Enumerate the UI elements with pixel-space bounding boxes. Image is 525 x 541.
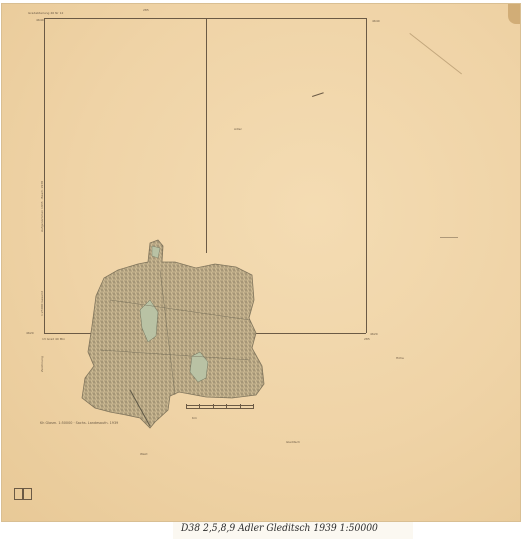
scattered-label-1: Adler [234, 127, 242, 131]
scattered-label-4: Höhe [396, 356, 404, 360]
scale-bar-label: Km [192, 416, 197, 420]
scattered-label-2: Gleditsch [286, 440, 300, 444]
map-bottom-caption: Kh Glasm. 1:50000 · Sachs. Landesaufn. 1… [40, 421, 118, 425]
archive-label: D38 2,5,8,9 Adler Gleditsch 1939 1:50000 [173, 522, 413, 539]
scale-bar [186, 405, 254, 409]
scattered-label-3: Wald [140, 452, 147, 456]
legend-box-2 [22, 488, 32, 500]
archive-label-text: D38 2,5,8,9 Adler Gleditsch 1939 1:50000 [181, 523, 378, 534]
map-territory [0, 0, 525, 541]
